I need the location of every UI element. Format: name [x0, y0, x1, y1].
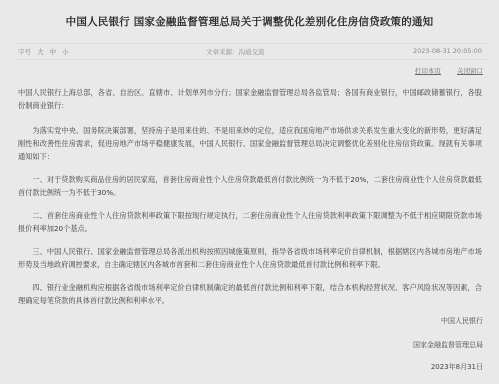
meta-bar: 字号 大 中 小 文章来源：沟通交流 2023-08-31 20:05:00	[16, 43, 486, 60]
print-page-link[interactable]: 打印本页	[415, 67, 441, 75]
paragraph-3: 三、中国人民银行、国家金融监督管理总局各派出机构按照因城施策原则，指导各省级市场…	[18, 245, 482, 271]
paragraph-intro: 为落实党中央、国务院决策部署，坚持房子是用来住的、不是用来炒的定位，适应我国房地…	[18, 124, 482, 163]
article-source: 文章来源：沟通交流	[206, 47, 265, 56]
paragraph-1: 一、对于贷款购买商品住房的居民家庭，首套住房商业性个人住房贷款最低首付款比例统一…	[18, 173, 482, 199]
font-size-medium-button[interactable]: 中	[50, 48, 57, 56]
publish-datetime: 2023-08-31 20:05:00	[413, 47, 482, 55]
font-size-label: 字号	[18, 48, 31, 56]
close-window-link[interactable]: 关闭窗口	[457, 67, 483, 75]
font-size-small-button[interactable]: 小	[62, 48, 69, 56]
paragraph-2: 二、首套住房商业性个人住房贷款利率政策下限按现行规定执行，二套住房商业性个人住房…	[18, 209, 482, 235]
font-size-selector: 字号 大 中 小	[18, 47, 73, 56]
addressee: 中国人民银行上海总部，各省、自治区、直辖市、计划单列市分行；国家金融监督管理总局…	[18, 86, 482, 112]
paragraph-4: 四、银行业金融机构应根据各省级市场利率定价自律机制确定的最低首付款比例和利率下限…	[18, 281, 482, 307]
signature-pboc: 中国人民银行	[441, 316, 483, 326]
font-size-large-button[interactable]: 大	[37, 48, 44, 56]
page-title: 中国人民银行 国家金融监督管理总局关于调整优化差别化住房信贷政策的通知	[0, 14, 499, 29]
document-body: 中国人民银行上海总部，各省、自治区、直辖市、计划单列市分行；国家金融监督管理总局…	[18, 86, 482, 317]
signature-nfra: 国家金融监督管理总局	[413, 340, 483, 350]
signature-date: 2023年8月31日	[431, 362, 483, 372]
page-toolbar: 打印本页 关闭窗口	[401, 66, 483, 75]
